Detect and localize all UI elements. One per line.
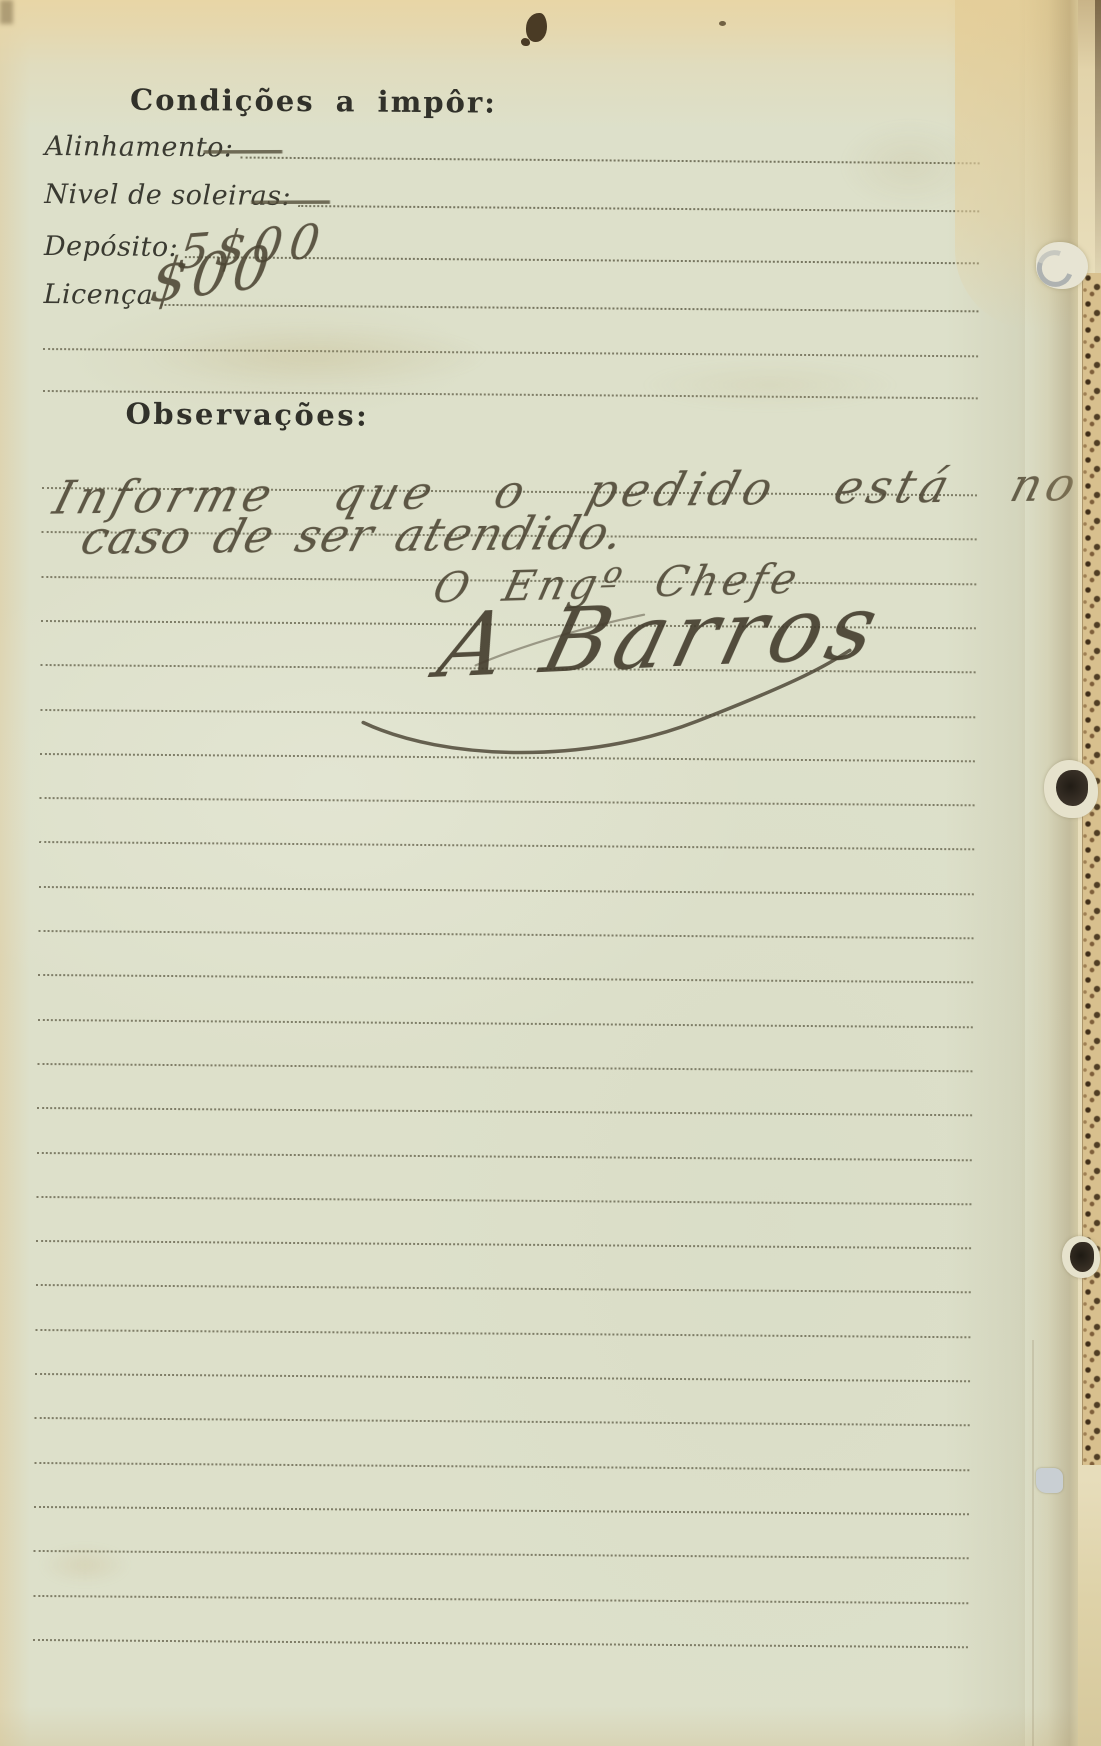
foxing-stain	[40, 1545, 130, 1585]
dotted-rule	[35, 1329, 970, 1338]
dotted-rule	[34, 1550, 969, 1559]
ruled-lines-area	[1, 0, 1001, 8]
book-cover-marbled-pattern	[1082, 273, 1101, 1465]
dotted-rule	[35, 1373, 970, 1382]
scan-corner-shadow	[0, 0, 13, 24]
paper-patch	[1036, 1468, 1063, 1493]
paper-tear	[1036, 242, 1088, 289]
dotted-rule	[36, 1284, 971, 1293]
dotted-rule	[40, 797, 975, 806]
dotted-rule	[298, 205, 979, 212]
field-label-licenca: Licença	[43, 281, 153, 311]
handwritten-note-line-2: caso de ser atendido.	[75, 506, 631, 565]
dotted-rule	[33, 1639, 968, 1648]
dotted-rule	[37, 1107, 972, 1116]
worm-hole-dark	[1056, 770, 1088, 806]
form-content: Condições a impôr: Alinhamento: Nivel de…	[0, 0, 1001, 1746]
dotted-rule	[39, 886, 974, 895]
scanned-ledger-page: Condições a impôr: Alinhamento: Nivel de…	[0, 0, 1101, 1746]
dotted-rule	[37, 1151, 972, 1160]
dotted-rule	[34, 1462, 969, 1471]
dotted-rule	[160, 304, 978, 312]
dotted-rule	[38, 974, 973, 983]
worm-hole-dark	[1070, 1242, 1094, 1272]
bleedthrough-smudge	[150, 325, 490, 387]
dotted-rule	[36, 1240, 971, 1249]
observations-section-title: Observações:	[125, 397, 369, 433]
bleedthrough-smudge	[640, 360, 900, 410]
page-crease	[1032, 1340, 1034, 1746]
dotted-rule	[34, 1506, 969, 1515]
dotted-rule	[39, 841, 974, 850]
dotted-rule	[39, 930, 974, 939]
dotted-rule	[38, 1063, 973, 1072]
ink-speck	[719, 21, 726, 26]
dotted-rule	[38, 1019, 973, 1028]
signature-flourish	[325, 602, 886, 766]
dotted-rule	[33, 1594, 968, 1603]
field-row-nivel-de-soleiras: Nivel de soleiras:	[44, 168, 979, 217]
worm-hole	[1062, 1236, 1100, 1278]
worm-hole	[1044, 760, 1098, 818]
conditions-section-title: Condições a impôr:	[130, 83, 497, 120]
dotted-rule	[36, 1196, 971, 1205]
dotted-rule	[35, 1417, 970, 1426]
